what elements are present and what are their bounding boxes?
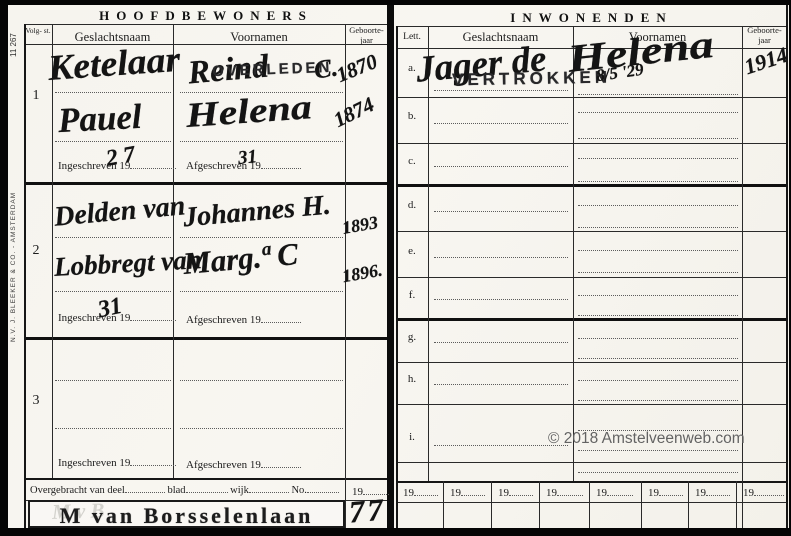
col-header-firstnames-left: Voornamen — [173, 30, 345, 44]
grid-line — [396, 404, 787, 405]
dotted-line — [434, 123, 568, 124]
grid-line — [641, 481, 642, 528]
grid-line — [396, 26, 398, 528]
grid-line — [396, 277, 787, 278]
year-prefix: 19 — [546, 487, 557, 499]
dotted-fill — [261, 313, 301, 323]
entry-firstnames: Helena — [185, 89, 313, 133]
section-number: 1 — [26, 88, 46, 104]
dotted-line — [180, 291, 343, 292]
grid-line — [396, 26, 787, 27]
dotted-line — [180, 141, 343, 142]
year-prefix: 19 — [403, 487, 414, 499]
dotted-line — [434, 166, 568, 167]
center-divider — [387, 5, 394, 528]
year-prefix: 19 — [450, 487, 461, 499]
dotted-fill — [754, 486, 784, 496]
year-cell: 19 — [596, 486, 633, 500]
dotted-line — [578, 380, 738, 381]
col-header-lett: Lett. — [396, 32, 428, 43]
overgebracht-row: Overgebracht van deel blad wijk No. — [30, 483, 339, 497]
grid-line — [396, 502, 787, 503]
year-cell: 19 — [450, 486, 485, 500]
dotted-line — [55, 237, 171, 238]
dotted-fill — [509, 486, 533, 496]
section-divider — [396, 184, 787, 187]
dotted-fill — [461, 486, 485, 496]
house-number: 77 — [348, 493, 388, 527]
grid-line — [396, 231, 787, 232]
grid-line — [396, 481, 787, 483]
row-letter: g. — [400, 331, 424, 344]
dotted-fill — [706, 486, 730, 496]
grid-line — [396, 362, 787, 363]
dotted-line — [180, 428, 343, 429]
dotted-line — [55, 380, 171, 381]
entry-surname: Pauel — [57, 99, 142, 138]
dotted-line — [55, 141, 171, 142]
grid-line — [736, 481, 737, 528]
dotted-line — [578, 472, 738, 473]
blad-label: blad — [167, 485, 185, 496]
grid-line — [428, 26, 429, 481]
register-scan: 11 267 N.V. J. BLEEKER & CO. - AMSTERDAM… — [0, 0, 791, 536]
overgebracht-label: Overgebracht van deel — [30, 485, 125, 496]
grid-line — [396, 143, 787, 144]
dotted-line — [434, 90, 568, 91]
dotted-fill — [659, 486, 683, 496]
overleden-stamp: OVERLEDEN — [212, 60, 333, 79]
row-letter: i. — [400, 431, 424, 444]
dotted-line — [578, 205, 738, 206]
year-prefix: 19 — [648, 487, 659, 499]
section-number: 2 — [26, 243, 46, 259]
dotted-fill — [125, 483, 165, 493]
grid-line — [24, 478, 388, 480]
year-cell: 19 — [546, 486, 583, 500]
dotted-fill — [307, 483, 339, 493]
dotted-line — [578, 94, 738, 95]
year-cell: 19 — [498, 486, 533, 500]
dotted-line — [434, 257, 568, 258]
printer-imprint: N.V. J. BLEEKER & CO. - AMSTERDAM — [10, 172, 17, 342]
ingeschreven-text: Ingeschreven 19 — [58, 457, 130, 469]
dotted-line — [578, 315, 738, 316]
street-stamp: M van Borsselenlaan — [30, 502, 343, 529]
dotted-fill — [249, 483, 289, 493]
dotted-line — [55, 92, 171, 93]
col-header-birthyear-left: Geboorte- jaar — [345, 26, 388, 46]
dotted-line — [578, 227, 738, 228]
dotted-line — [434, 299, 568, 300]
afgeschreven-year: 31 — [237, 147, 258, 168]
section-number: 3 — [26, 393, 46, 409]
wijk-label: wijk — [230, 485, 249, 496]
dotted-line — [578, 181, 738, 182]
dotted-fill — [130, 456, 176, 466]
section-divider — [24, 182, 388, 185]
year-prefix: 19 — [498, 487, 509, 499]
year-prefix: 19 — [596, 487, 607, 499]
dotted-fill — [414, 486, 438, 496]
dotted-line — [578, 272, 738, 273]
row-letter: b. — [400, 110, 424, 123]
grid-line — [742, 26, 743, 528]
hoofdbewoners-title: HOOFDBEWONERS — [24, 8, 388, 24]
no-label: No. — [291, 485, 306, 496]
year-cell: 19 — [695, 486, 730, 500]
year-cell: 19 — [648, 486, 683, 500]
dotted-fill — [261, 159, 301, 169]
dotted-line — [180, 237, 343, 238]
year-prefix: 19 — [695, 487, 706, 499]
grid-line — [539, 481, 540, 528]
year-cell: 19 — [743, 486, 784, 500]
ingeschreven-year: 31 — [96, 294, 124, 322]
grid-line — [24, 24, 388, 25]
grid-line — [443, 481, 444, 528]
inwonenden-title: INWONENDEN — [396, 10, 787, 26]
dotted-line — [55, 428, 171, 429]
afgeschreven-label: Afgeschreven 19 — [186, 458, 301, 472]
ingeschreven-year: 27 — [104, 141, 142, 170]
grid-line — [491, 481, 492, 528]
grid-line — [396, 97, 787, 98]
grid-line — [589, 481, 590, 528]
dotted-fill — [607, 486, 633, 496]
dotted-line — [578, 250, 738, 251]
dotted-fill — [130, 311, 176, 321]
dotted-line — [55, 291, 171, 292]
dotted-line — [578, 295, 738, 296]
dotted-fill — [557, 486, 583, 496]
dotted-line — [578, 450, 738, 451]
entry-surname: Ketelaar — [47, 41, 181, 86]
row-letter: c. — [400, 155, 424, 168]
dotted-line — [578, 138, 738, 139]
dotted-fill — [186, 483, 228, 493]
ingeschreven-label: Ingeschreven 19 — [58, 456, 176, 470]
copyright-watermark: © 2018 Amstelveenweb.com — [548, 430, 745, 448]
grid-line — [688, 481, 689, 528]
dotted-line — [578, 158, 738, 159]
dotted-line — [434, 211, 568, 212]
section-divider — [24, 337, 388, 340]
col-header-volgst: Volg- st. — [24, 27, 52, 36]
dotted-line — [578, 358, 738, 359]
afgeschreven-label: Afgeschreven 19 — [186, 313, 301, 327]
grid-line — [396, 462, 787, 463]
dotted-line — [578, 112, 738, 113]
section-divider — [396, 318, 787, 321]
row-letter: e. — [400, 245, 424, 258]
afgeschreven-text: Afgeschreven 19 — [186, 314, 261, 326]
row-letter: d. — [400, 199, 424, 212]
vertrokken-stamp: VERTROKKEN — [452, 69, 611, 89]
dotted-fill — [261, 458, 301, 468]
dotted-line — [578, 400, 738, 401]
row-letter: f. — [400, 289, 424, 302]
year-cell: 19 — [403, 486, 438, 500]
dotted-line — [434, 342, 568, 343]
street-stamp-box: M van Borsselenlaan — [28, 500, 345, 528]
registry-number: 11 267 — [9, 13, 18, 57]
row-letter: h. — [400, 373, 424, 386]
dotted-line — [578, 338, 738, 339]
afgeschreven-text: Afgeschreven 19 — [186, 459, 261, 471]
grid-line — [573, 26, 574, 481]
year-prefix: 19 — [743, 487, 754, 499]
grid-line — [786, 5, 788, 528]
dotted-line — [180, 380, 343, 381]
dotted-line — [434, 384, 568, 385]
